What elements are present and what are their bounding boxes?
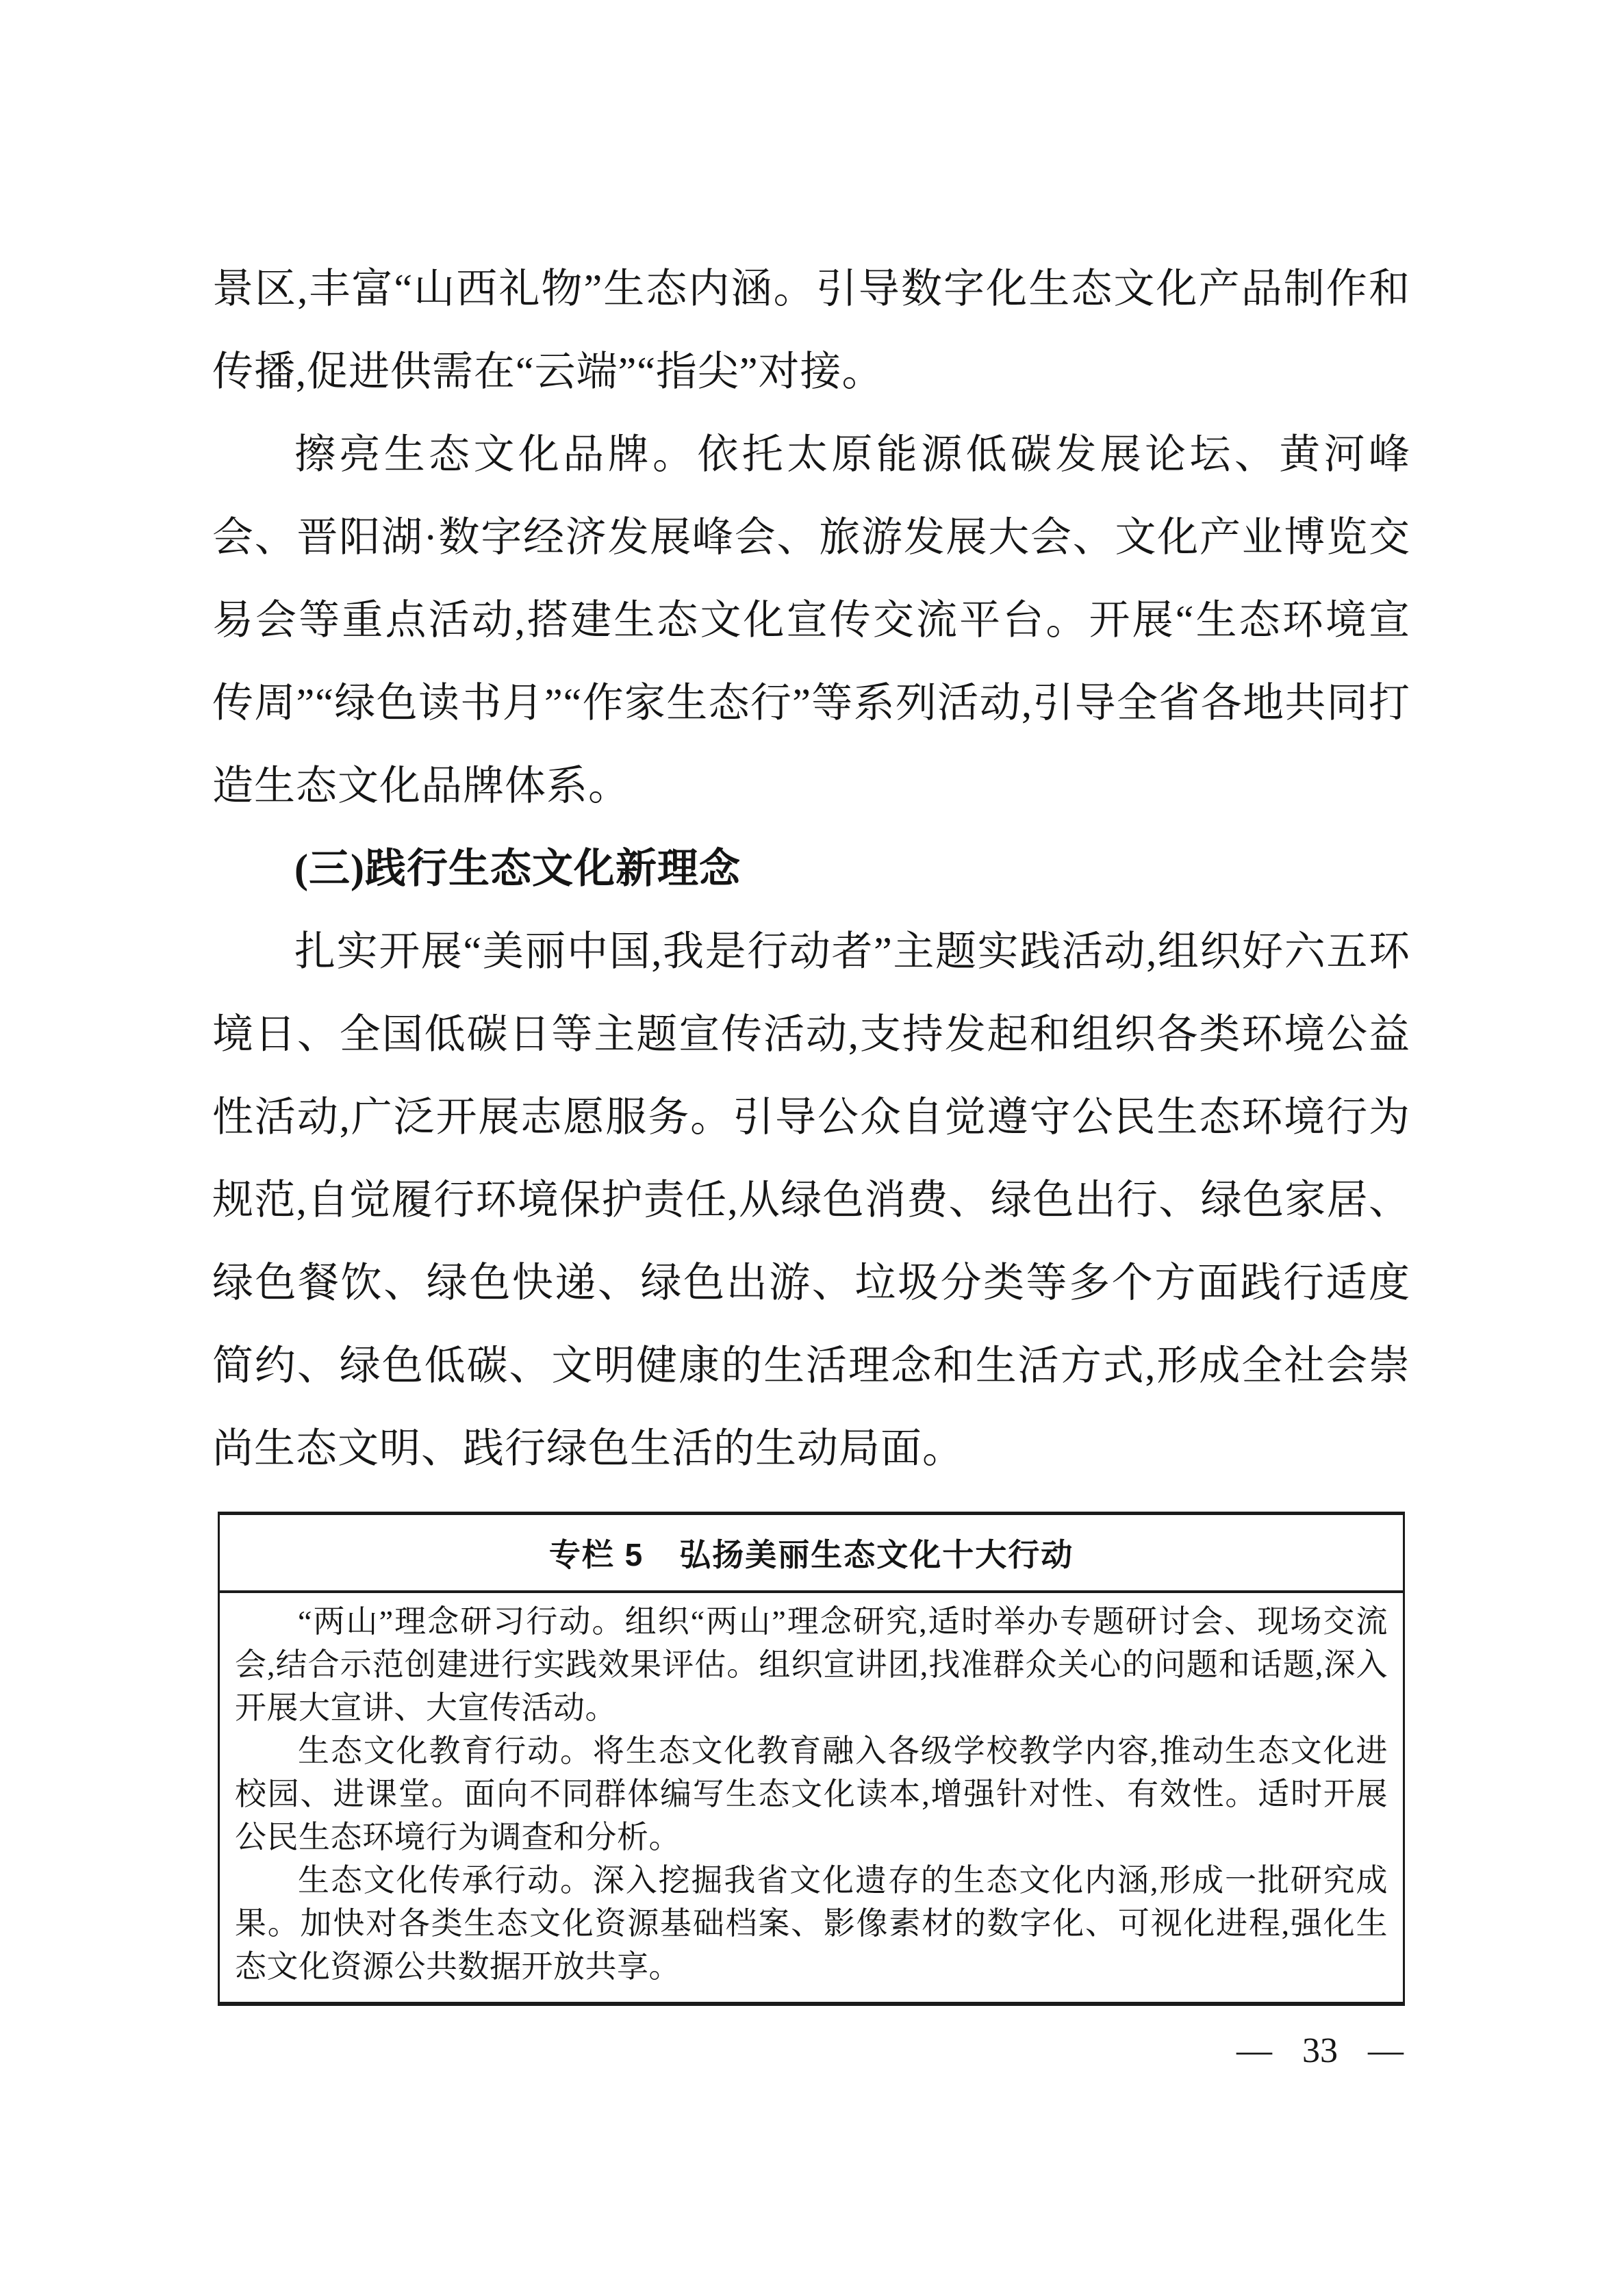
paragraph-continuation: 景区,丰富“山西礼物”生态内涵。引导数字化生态文化产品制作和传播,促进供需在“云… bbox=[212, 248, 1410, 414]
column-box-paragraph: “两山”理念研习行动。组织“两山”理念研究,适时举办专题研讨会、现场交流会,结合… bbox=[235, 1600, 1388, 1729]
page-number-dash-right: — bbox=[1368, 2031, 1404, 2072]
column-box-paragraph: 生态文化教育行动。将生态文化教育融入各级学校教学内容,推动生态文化进校园、进课堂… bbox=[235, 1729, 1388, 1859]
column-box-label: 专栏 5 bbox=[549, 1530, 644, 1575]
column-box-5: 专栏 5 弘扬美丽生态文化十大行动 “两山”理念研习行动。组织“两山”理念研究,… bbox=[218, 1512, 1405, 2006]
page-number-dash-left: — bbox=[1236, 2031, 1272, 2072]
paragraph: 扎实开展“美丽中国,我是行动者”主题实践活动,组织好六五环境日、全国低碳日等主题… bbox=[212, 911, 1410, 1490]
column-box-paragraph: 生态文化传承行动。深入挖掘我省文化遗存的生态文化内涵,形成一批研究成果。加快对各… bbox=[235, 1859, 1388, 1988]
document-page: 景区,丰富“山西礼物”生态内涵。引导数字化生态文化产品制作和传播,促进供需在“云… bbox=[0, 0, 1624, 2277]
body-text: 景区,丰富“山西礼物”生态内涵。引导数字化生态文化产品制作和传播,促进供需在“云… bbox=[212, 248, 1410, 1490]
section-heading: (三)践行生态文化新理念 bbox=[212, 828, 1410, 911]
column-box-title: 弘扬美丽生态文化十大行动 bbox=[679, 1530, 1074, 1575]
page-number: — 33 — bbox=[1236, 2031, 1404, 2072]
paragraph: 擦亮生态文化品牌。依托太原能源低碳发展论坛、黄河峰会、晋阳湖·数字经济发展峰会、… bbox=[212, 414, 1410, 828]
page-number-value: 33 bbox=[1302, 2031, 1338, 2072]
column-box-header: 专栏 5 弘扬美丽生态文化十大行动 bbox=[220, 1515, 1403, 1593]
column-box-body: “两山”理念研习行动。组织“两山”理念研究,适时举办专题研讨会、现场交流会,结合… bbox=[220, 1593, 1403, 1999]
